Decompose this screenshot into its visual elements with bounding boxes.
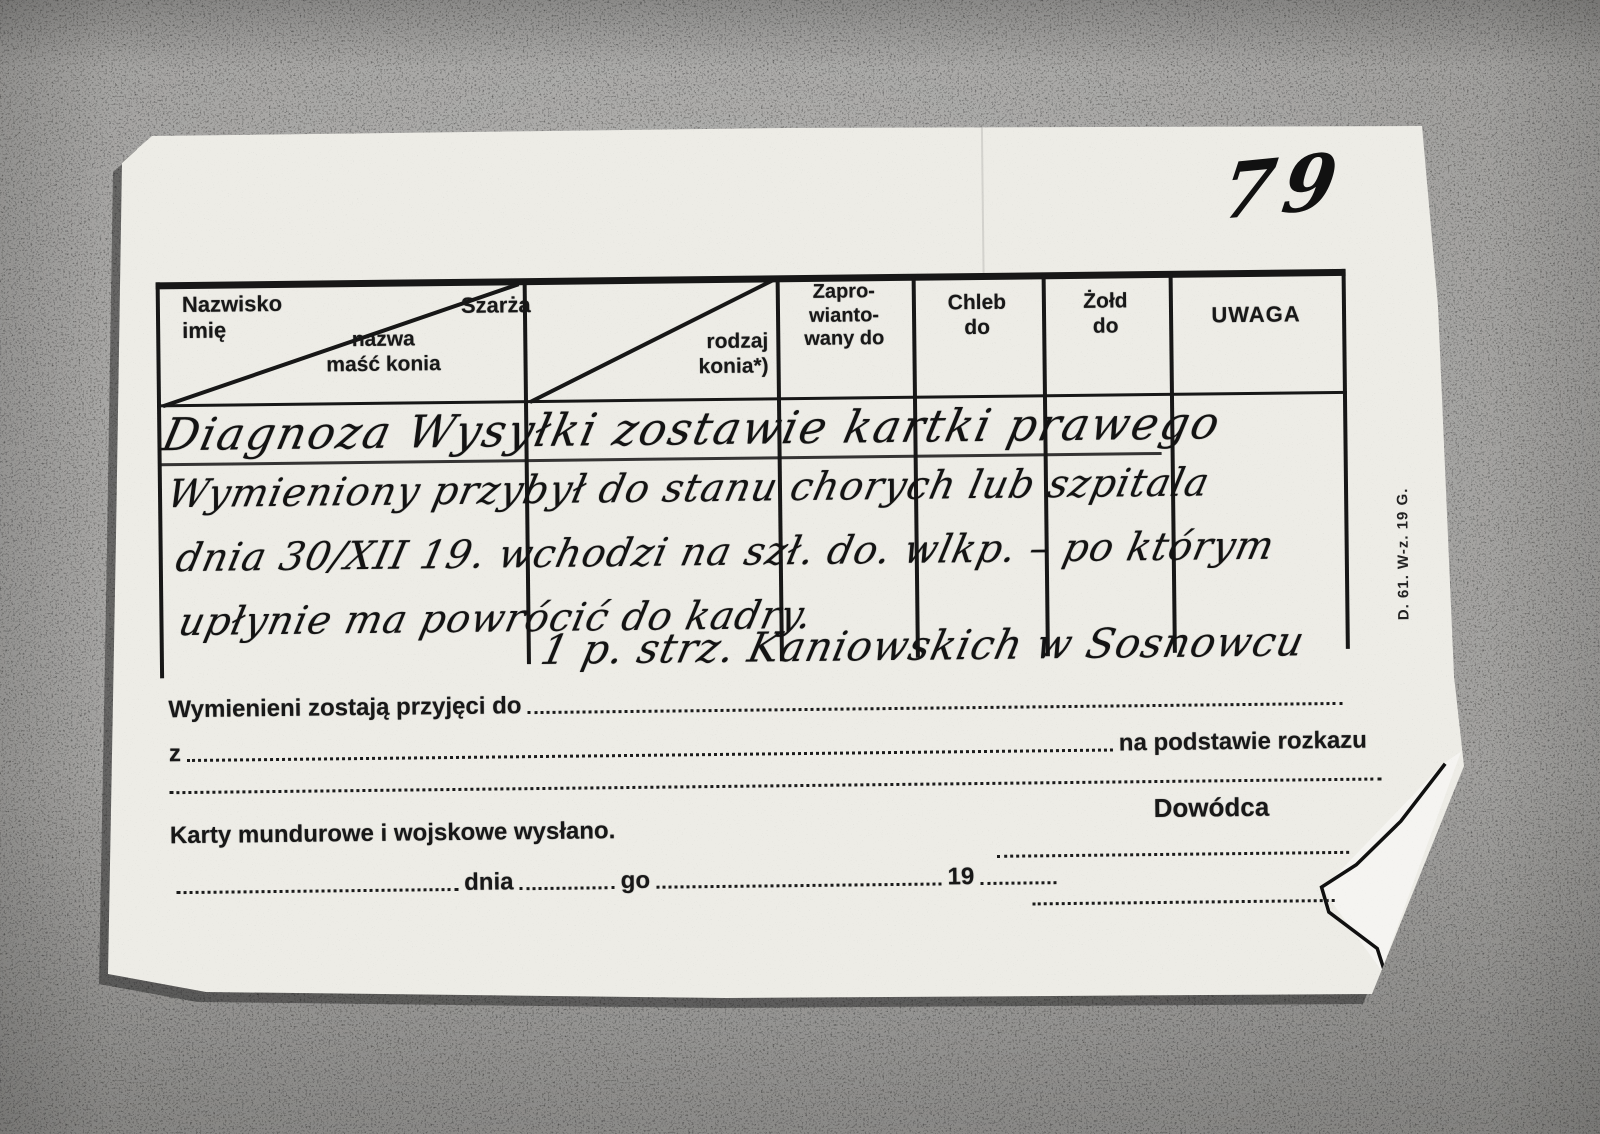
header-masc-konia: maść konia <box>318 352 448 378</box>
cards-sent-label: Karty mundurowe i wojskowe wysłano. <box>170 817 616 850</box>
scanned-photo: 79 Nazwisko imię <box>0 0 1600 1134</box>
header-szarza: Szarża <box>461 292 531 319</box>
handwriting-signature: 1 p. strz. Kaniowskich w Sosnowcu <box>537 617 1310 674</box>
dnia-label: dnia <box>464 868 514 897</box>
header-uwaga: UWAGA <box>1171 301 1341 329</box>
header-zold: Żołd <box>1044 289 1167 315</box>
header-zapro: Zapro- <box>778 280 910 305</box>
z-label: z <box>169 740 181 768</box>
accepted-label: Wymienieni zostają przyjęci do <box>168 692 521 724</box>
form-reference-mark: D. 61. W-z. 19 G. <box>1394 470 1413 620</box>
header-chleb: Chleb <box>914 290 1040 316</box>
header-nazwisko-imie: Nazwisko imię <box>182 291 283 344</box>
header-nazwa-masc-konia: nazwa maść konia <box>318 327 449 378</box>
header-chleb-do2: do <box>914 315 1040 341</box>
header-nazwa: nazwa <box>318 327 448 353</box>
header-rodzaj: rodzaj <box>664 329 768 355</box>
header-imie: imię <box>182 317 283 344</box>
document-card: 79 Nazwisko imię <box>86 116 1470 1008</box>
year-label: 19 <box>947 863 974 892</box>
header-wianto: wianto- <box>778 303 910 328</box>
date-dotted-1 <box>177 888 459 894</box>
header-zaprowiantowany: Zapro- wianto- wany do <box>778 280 911 352</box>
date-dotted-3 <box>656 883 942 889</box>
order-basis-label: na podstawie rozkazu <box>1119 727 1367 758</box>
date-dotted-2 <box>520 886 615 890</box>
go-label: go <box>621 867 651 896</box>
commander-label: Dowódca <box>1153 792 1269 824</box>
printed-form: 79 Nazwisko imię <box>84 101 1478 1009</box>
header-nazwisko: Nazwisko <box>182 291 283 318</box>
header-zold-do: Żołd do <box>1044 289 1168 340</box>
header-zold-do2: do <box>1044 314 1167 340</box>
header-konia: konia*) <box>664 354 768 380</box>
header-wany-do: wany do <box>778 327 910 352</box>
header-chleb-do: Chleb do <box>914 290 1041 341</box>
header-rodzaj-konia: rodzaj konia*) <box>664 329 769 380</box>
date-dotted-4 <box>980 881 1056 885</box>
